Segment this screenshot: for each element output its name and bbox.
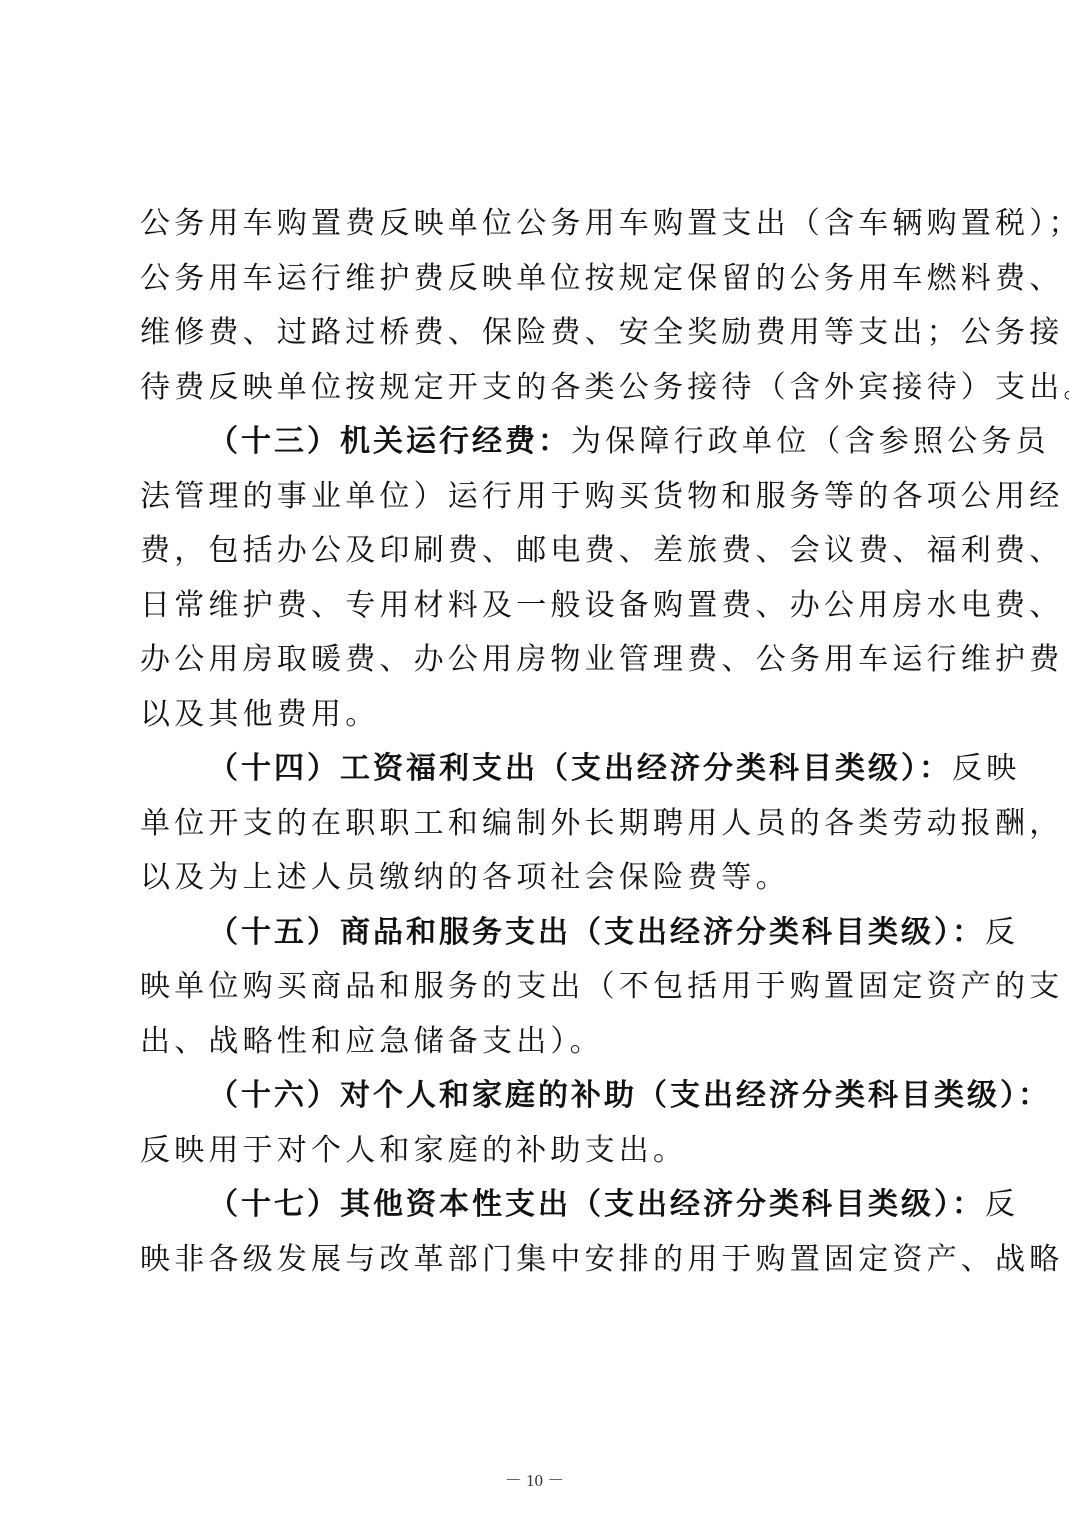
text-line: 办公用房取暖费、办公用房物业管理费、公务用车运行维护费 bbox=[140, 633, 930, 688]
section-13-heading: （十三）机关运行经费： bbox=[208, 424, 571, 459]
text-line: 公务用车购置费反映单位公务用车购置支出（含车辆购置税）； bbox=[140, 197, 930, 252]
section-13-first-line: （十三）机关运行经费：为保障行政单位（含参照公务员 bbox=[140, 415, 930, 470]
text-line: 法管理的事业单位）运行用于购买货物和服务等的各项公用经 bbox=[140, 470, 930, 525]
text-line: 出、战略性和应急储备支出）。 bbox=[140, 1015, 930, 1070]
page-number: － 10 － bbox=[0, 1466, 1069, 1491]
section-15-heading: （十五）商品和服务支出（支出经济分类科目类级）： bbox=[208, 915, 985, 950]
section-16-first-line: （十六）对个人和家庭的补助（支出经济分类科目类级）： bbox=[140, 1069, 930, 1124]
text-line: 以及其他费用。 bbox=[140, 688, 930, 743]
text-line: 以及为上述人员缴纳的各项社会保险费等。 bbox=[140, 851, 930, 906]
document-body: 公务用车购置费反映单位公务用车购置支出（含车辆购置税）； 公务用车运行维护费反映… bbox=[140, 197, 930, 1287]
text: 为保障行政单位（含参照公务员 bbox=[571, 424, 1050, 459]
text-line: 映非各级发展与改革部门集中安排的用于购置固定资产、战略 bbox=[140, 1233, 930, 1288]
text-line: 单位开支的在职职工和编制外长期聘用人员的各类劳动报酬， bbox=[140, 797, 930, 852]
text-line: 公务用车运行维护费反映单位按规定保留的公务用车燃料费、 bbox=[140, 252, 930, 307]
section-16-heading: （十六）对个人和家庭的补助（支出经济分类科目类级）： bbox=[208, 1078, 1051, 1113]
text-line: 费，包括办公及印刷费、邮电费、差旅费、会议费、福利费、 bbox=[140, 524, 930, 579]
section-14-first-line: （十四）工资福利支出（支出经济分类科目类级）：反映 bbox=[140, 742, 930, 797]
section-15-first-line: （十五）商品和服务支出（支出经济分类科目类级）：反 bbox=[140, 906, 930, 961]
text: 反映 bbox=[952, 751, 1020, 786]
text: 反 bbox=[985, 915, 1019, 950]
text-line: 日常维护费、专用材料及一般设备购置费、办公用房水电费、 bbox=[140, 579, 930, 634]
section-17-heading: （十七）其他资本性支出（支出经济分类科目类级）： bbox=[208, 1187, 985, 1222]
text-line: 反映用于对个人和家庭的补助支出。 bbox=[140, 1124, 930, 1179]
text-line: 映单位购买商品和服务的支出（不包括用于购置固定资产的支 bbox=[140, 960, 930, 1015]
text: 反 bbox=[985, 1187, 1019, 1222]
text-line: 待费反映单位按规定开支的各类公务接待（含外宾接待）支出。 bbox=[140, 361, 930, 416]
text-line: 维修费、过路过桥费、保险费、安全奖励费用等支出；公务接 bbox=[140, 306, 930, 361]
section-17-first-line: （十七）其他资本性支出（支出经济分类科目类级）：反 bbox=[140, 1178, 930, 1233]
section-14-heading: （十四）工资福利支出（支出经济分类科目类级）： bbox=[208, 751, 952, 786]
